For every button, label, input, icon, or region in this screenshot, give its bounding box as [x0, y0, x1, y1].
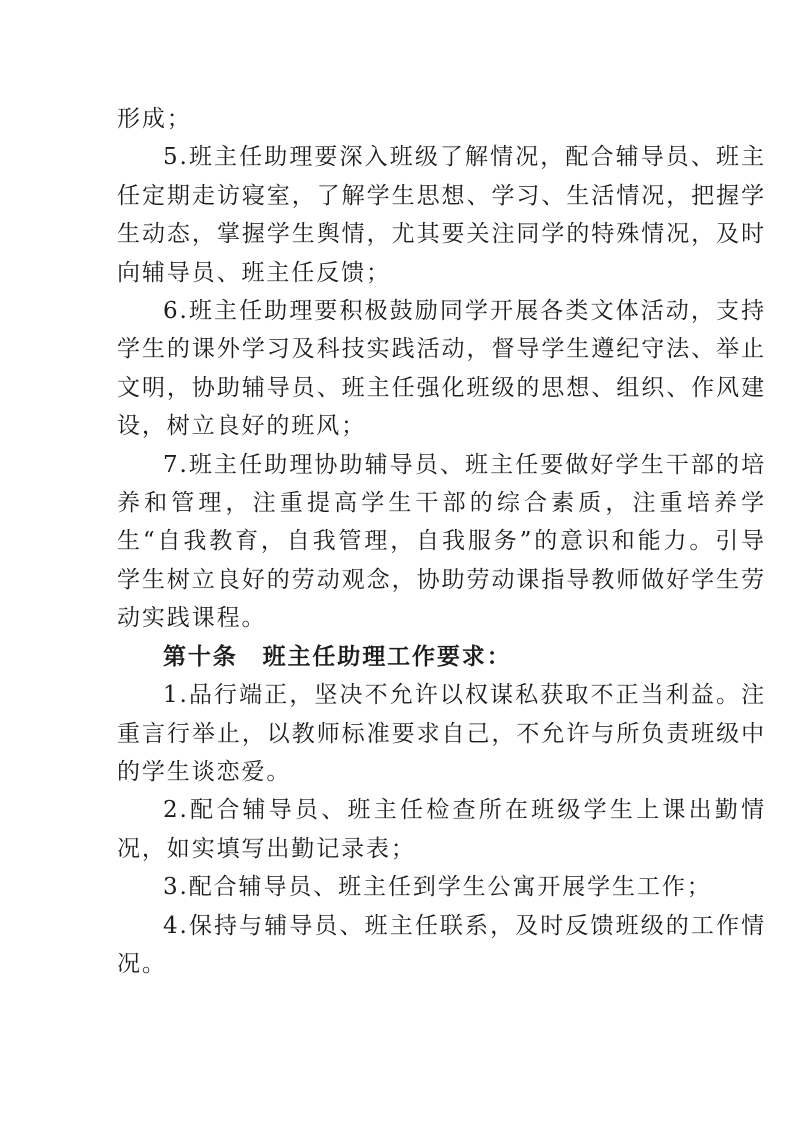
paragraph-continuation: 形成；: [117, 100, 766, 138]
paragraph-requirement-2: 2.配合辅导员、班主任检查所在班级学生上课出勤情况，如实填写出勤记录表；: [117, 791, 766, 868]
paragraph-item-5: 5.班主任助理要深入班级了解情况，配合辅导员、班主任定期走访寝室，了解学生思想、…: [117, 138, 766, 292]
paragraph-requirement-4: 4.保持与辅导员、班主任联系，及时反馈班级的工作情况。: [117, 907, 766, 984]
document-text-block: 形成； 5.班主任助理要深入班级了解情况，配合辅导员、班主任定期走访寝室，了解学…: [117, 100, 766, 983]
paragraph-requirement-1: 1.品行端正，坚决不允许以权谋私获取不正当利益。注重言行举止，以教师标准要求自己…: [117, 676, 766, 791]
paragraph-item-7: 7.班主任助理协助辅导员、班主任要做好学生干部的培养和管理，注重提高学生干部的综…: [117, 446, 766, 638]
paragraph-requirement-3: 3.配合辅导员、班主任到学生公寓开展学生工作；: [117, 868, 766, 906]
paragraph-item-6: 6.班主任助理要积极鼓励同学开展各类文体活动，支持学生的课外学习及科技实践活动，…: [117, 292, 766, 446]
document-page: 形成； 5.班主任助理要深入班级了解情况，配合辅导员、班主任定期走访寝室，了解学…: [0, 0, 793, 1122]
article-10-heading: 第十条 班主任助理工作要求：: [117, 638, 766, 676]
